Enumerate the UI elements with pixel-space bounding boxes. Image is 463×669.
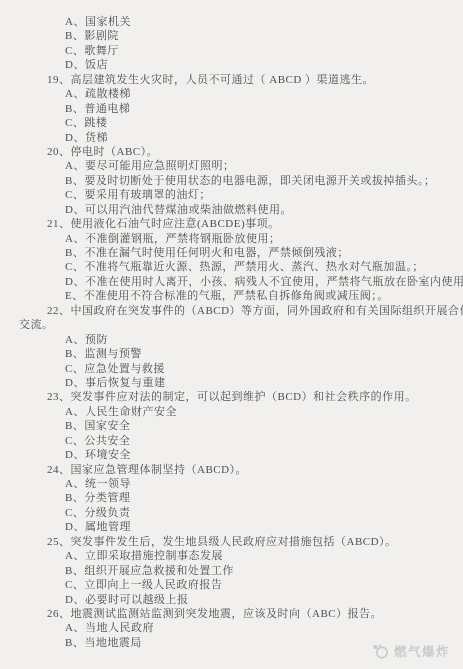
- option-line: D、不准在使用时人离开，小孩、病残人不宜使用，严禁将气瓶放在卧室内使用。；: [0, 275, 463, 289]
- option-line: C、跳楼: [0, 116, 463, 130]
- option-line: B、要及时切断处于使用状态的电器电源，即关闭电源开关或拔掉插头。；: [0, 174, 463, 188]
- option-line: A、立即采取措施控制事态发展: [0, 549, 463, 563]
- question-stem-line: 23、突发事件应对法的制定，可以起到维护（BCD）和社会秩序的作用。: [0, 390, 463, 404]
- watermark-label: 燃气爆炸: [394, 642, 450, 660]
- question-stem-line: 25、突发事件发生后，发生地县级人民政府应对措施包括（ABCD）。: [0, 535, 463, 549]
- question-stem-line: 26、地震测试监测站监测到突发地震，应该及时向（ABC）报告。: [0, 607, 463, 621]
- question-stem-line: 21、使用液化石油气时应注意(ABCDE)事项。: [0, 217, 463, 231]
- option-line: D、货梯: [0, 131, 463, 145]
- question-stem-line: 交流。: [0, 318, 463, 332]
- question-stem-line: 24、国家应急管理体制坚持（ABCD）。: [0, 463, 463, 477]
- option-line: E、不准使用不符合标准的气瓶，严禁私自拆修角阀或减压阀；。: [0, 289, 463, 303]
- option-line: C、不准将气瓶靠近火源、热源，严禁用火、蒸汽、热水对气瓶加温。；: [0, 260, 463, 274]
- option-line: A、疏散楼梯: [0, 87, 463, 101]
- option-line: A、国家机关: [0, 15, 463, 29]
- question-stem-line: 22、中国政府在突发事件的（ABCD）等方面，同外国政府和有关国际组织开展合作与: [0, 304, 463, 318]
- watermark: 燃气爆炸: [372, 642, 450, 660]
- document-page: A、国家机关B、影剧院C、歌舞厅D、饭店19、高层建筑发生火灾时，人员不可通过（…: [0, 0, 463, 669]
- option-line: C、歌舞厅: [0, 44, 463, 58]
- option-line: B、组织开展应急救援和处置工作: [0, 564, 463, 578]
- option-line: D、属地管理: [0, 520, 463, 534]
- option-line: B、分类管理: [0, 491, 463, 505]
- option-line: C、要采用有玻璃罩的油灯；: [0, 188, 463, 202]
- option-line: D、环境安全: [0, 448, 463, 462]
- option-line: D、事后恢复与重建: [0, 376, 463, 390]
- option-line: B、不准在漏气时使用任何明火和电器，严禁倾倒残液；: [0, 246, 463, 260]
- option-line: B、影剧院: [0, 29, 463, 43]
- question-stem-line: 20、停电时（ABC）。: [0, 145, 463, 159]
- option-line: A、不准倒灌钢瓶，严禁将钢瓶卧放使用；: [0, 232, 463, 246]
- option-line: B、国家安全: [0, 419, 463, 433]
- option-line: B、监测与预警: [0, 347, 463, 361]
- option-line: D、可以用汽油代替煤油或柴油做燃料使用。: [0, 203, 463, 217]
- option-line: A、人民生命财产安全: [0, 405, 463, 419]
- option-line: A、要尽可能用应急照明灯照明；: [0, 159, 463, 173]
- option-line: C、公共安全: [0, 434, 463, 448]
- option-line: C、立即向上一级人民政府报告: [0, 578, 463, 592]
- option-line: D、必要时可以越级上报: [0, 593, 463, 607]
- option-line: A、当地人民政府: [0, 621, 463, 635]
- option-line: C、应急处置与救援: [0, 362, 463, 376]
- option-line: A、统一领导: [0, 477, 463, 491]
- option-line: A、预防: [0, 333, 463, 347]
- option-line: C、分级负责: [0, 506, 463, 520]
- option-line: B、普通电梯: [0, 102, 463, 116]
- gas-explosion-logo-icon: [372, 644, 389, 659]
- question-stem-line: 19、高层建筑发生火灾时，人员不可通过（ ABCD ）渠道逃生。: [0, 73, 463, 87]
- question-list: A、国家机关B、影剧院C、歌舞厅D、饭店19、高层建筑发生火灾时，人员不可通过（…: [0, 0, 463, 650]
- option-line: D、饭店: [0, 58, 463, 72]
